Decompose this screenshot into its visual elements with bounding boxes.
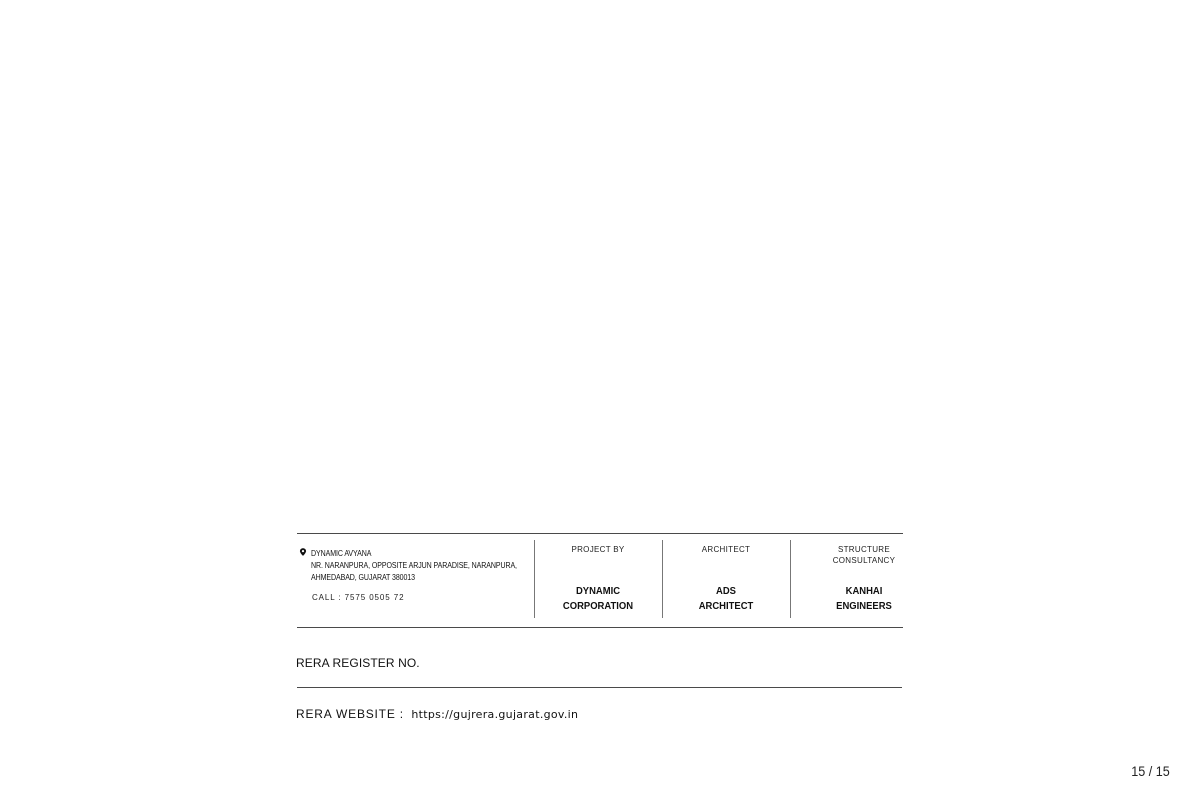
location-pin-icon [299, 548, 307, 556]
credit-value-line: CORPORATION [541, 599, 654, 614]
divider-middle [297, 627, 903, 628]
credit-value-line: ARCHITECT [669, 599, 782, 614]
rera-register-number: RERA REGISTER NO. [296, 656, 420, 670]
credit-label-line: CONSULTANCY [801, 555, 927, 566]
credit-value-line: DYNAMIC [541, 584, 654, 599]
rera-website-label: RERA WEBSITE : [296, 707, 404, 721]
rera-website: RERA WEBSITE : https://gujrera.gujarat.g… [296, 705, 578, 723]
phone-number[interactable]: CALL : 7575 0505 72 [312, 593, 404, 602]
address-line: AHMEDABAD, GUJARAT 380013 [311, 573, 415, 582]
credit-label: STRUCTURE CONSULTANCY [801, 544, 927, 574]
column-divider [790, 540, 791, 618]
credit-label: ARCHITECT [663, 544, 789, 574]
credit-structure-consultancy: STRUCTURE CONSULTANCY KANHAI ENGINEERS [801, 544, 927, 614]
credit-value-line: KANHAI [807, 584, 920, 599]
credit-project-by: PROJECT BY DYNAMIC CORPORATION [535, 544, 661, 614]
credit-architect: ARCHITECT ADS ARCHITECT [663, 544, 789, 614]
credit-label-line: STRUCTURE [801, 544, 927, 555]
credit-label: PROJECT BY [535, 544, 661, 574]
credit-value-line: ENGINEERS [807, 599, 920, 614]
address-name: DYNAMIC AVYANA [311, 549, 371, 558]
credit-value: KANHAI ENGINEERS [807, 584, 920, 614]
credit-value: ADS ARCHITECT [669, 584, 782, 614]
credit-value: DYNAMIC CORPORATION [541, 584, 654, 614]
credit-value-line: ADS [669, 584, 782, 599]
rera-website-link[interactable]: https://gujrera.gujarat.gov.in [411, 708, 578, 721]
address-line: NR. NARANPURA, OPPOSITE ARJUN PARADISE, … [311, 561, 517, 570]
divider-bottom [297, 687, 902, 688]
page-indicator: 15 / 15 [1131, 763, 1170, 779]
divider-top [297, 533, 903, 534]
